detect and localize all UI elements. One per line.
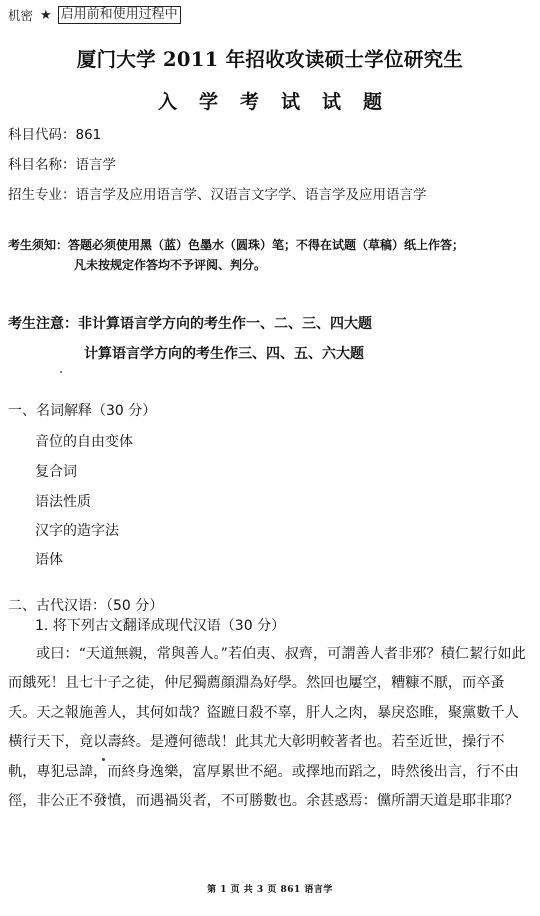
star-icon: ★ <box>40 8 52 23</box>
attention-line-1: 考生注意：非计算语言学方向的考生作一、二、三、四大题 <box>8 309 372 339</box>
subject-name: 科目名称：语言学 <box>8 153 116 173</box>
attention-line-2: 计算语言学方向的考生作三、四、五、六大题 <box>8 339 372 369</box>
term-item: 复合词 <box>35 461 77 481</box>
question-1: 1. 将下列古文翻译成现代汉语（30 分） <box>35 615 285 635</box>
term-item: 汉字的造字法 <box>35 520 119 540</box>
section-2-heading: 二、古代汉语：（50 分） <box>8 595 163 615</box>
page-footer: 第 1 页 共 3 页 861 语言学 <box>0 882 540 895</box>
classical-passage: 或曰：“天道無親，常與善人。”若伯夷、叔齊，可謂善人者非邪？積仁絜行如此而餓死！… <box>8 640 528 816</box>
candidate-attention: 考生注意：非计算语言学方向的考生作一、二、三、四大题 计算语言学方向的考生作三、… <box>8 309 372 369</box>
secret-scope-box: 启用前和使用过程中 <box>58 6 181 24</box>
scan-speck <box>102 758 105 761</box>
secret-label: 机密 <box>8 6 33 24</box>
term-item: 语体 <box>35 549 63 569</box>
scan-speck <box>60 371 62 373</box>
majors: 招生专业：语言学及应用语言学、汉语言文字学、语言学及应用语言学 <box>8 183 427 203</box>
subject-code: 科目代码：861 <box>8 123 101 143</box>
exam-subtitle: 入学考试试题 <box>0 87 540 114</box>
term-item: 语法性质 <box>35 491 91 511</box>
notice-line-2: 凡未按规定作答均不予评阅、判分。 <box>8 255 464 275</box>
term-item: 音位的自由变体 <box>35 431 133 451</box>
exam-title: 厦门大学 2011 年招收攻读硕士学位研究生 <box>0 44 540 72</box>
notice-line-1: 考生须知：答题必须使用黑（蓝）色墨水（圆珠）笔；不得在试题（草稿）纸上作答； <box>8 235 464 255</box>
section-1-heading: 一、名词解释（30 分） <box>8 400 156 420</box>
candidate-notice: 考生须知：答题必须使用黑（蓝）色墨水（圆珠）笔；不得在试题（草稿）纸上作答； 凡… <box>8 235 464 275</box>
confidentiality-header: 机密 ★ 启用前和使用过程中 <box>8 6 181 24</box>
